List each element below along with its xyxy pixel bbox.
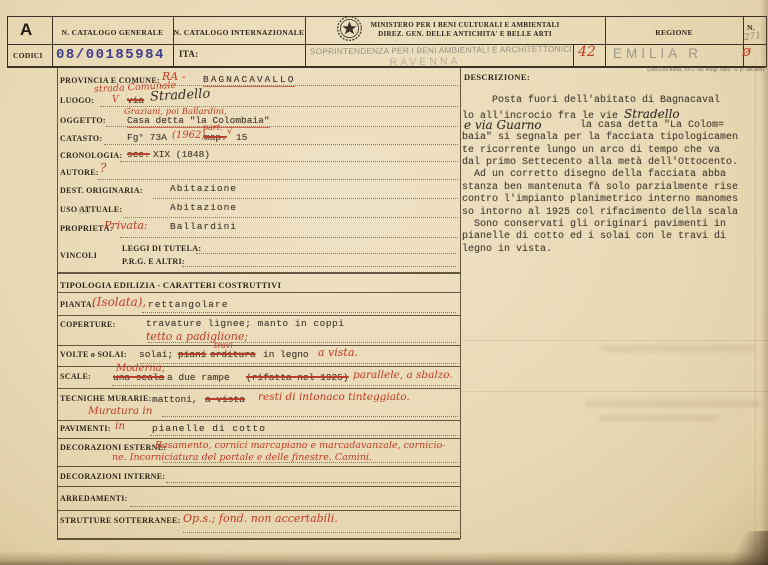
rule-table-bottom <box>57 538 460 540</box>
catasto-struck-map: map. <box>204 132 227 143</box>
luogo-red-caret: V <box>112 95 119 105</box>
luogo-struck-via: via <box>127 95 144 106</box>
n-label: N. <box>747 23 755 32</box>
volte-typed-solai: solai; <box>139 349 173 360</box>
desc-line: dal primo Settecento alla metà dell'Otto… <box>462 157 764 169</box>
column-divider <box>460 67 461 539</box>
crease-line-2 <box>462 391 768 392</box>
leader-pianta <box>142 311 456 313</box>
crease-line-1 <box>462 340 768 341</box>
paper-fold-line <box>755 60 756 550</box>
desc-line: Posta fuori dell'abitato di Bagnacaval <box>462 95 764 107</box>
header-top-rule <box>7 16 766 17</box>
pavimenti-typed-value: pianelle di cotto <box>152 423 266 434</box>
desc-line: contro l'impianto planimetrico interno m… <box>462 194 764 206</box>
tecniche-struck-vista: a vista <box>205 394 245 405</box>
ita-label: ITA: <box>179 49 199 59</box>
rule-arredamenti <box>57 510 460 511</box>
tecniche-red-muratura: Muratura in <box>88 405 153 417</box>
scale-struck-rifatta: (rifatta nel 1925) <box>246 372 349 383</box>
volte-struck-piani: piani <box>178 349 207 360</box>
rule-vincoli-bottom <box>57 272 460 274</box>
scale-struck-una-scala: una scala <box>113 372 164 383</box>
catasto-red-year: (1962) <box>172 130 205 141</box>
paper-edge-right <box>760 0 768 565</box>
catasto-red-check: √ <box>227 127 233 137</box>
proprieta-red-value: Privata: <box>104 219 148 232</box>
rule-dec-interne <box>57 486 460 487</box>
rule-tipologia <box>57 292 460 293</box>
dest-typed-value: Abitazione <box>170 183 237 194</box>
catasto-typed-15: 15 <box>236 132 247 143</box>
margin-pencil-note: 90 <box>78 205 92 217</box>
pavimenti-red-in: in <box>115 420 125 432</box>
catalogo-generale-label: N. CATALOGO GENERALE <box>52 28 173 37</box>
desc-line: legno in vista. <box>462 244 764 256</box>
field-cronologia-label: CRONOLOGIA: <box>60 151 122 160</box>
rule-scale <box>57 388 460 389</box>
desc-line: pianelle di cotto ed i solai con le trav… <box>462 231 764 243</box>
field-oggetto-label: OGGETTO: <box>60 116 106 125</box>
leader-pavimenti <box>150 434 458 436</box>
pianta-red-value: (Isolata), <box>92 295 146 309</box>
proprieta-typed-value: Ballardini <box>170 221 237 232</box>
paper-corner-shadow <box>698 531 768 565</box>
field-pavimenti-label: PAVIMENTI: <box>60 424 111 433</box>
pianta-typed-value: rettangolare <box>148 299 228 310</box>
leader-vincoli-1 <box>196 252 456 254</box>
leader-dec-interne <box>166 481 458 483</box>
header-vline-5 <box>605 16 606 67</box>
bleedthrough-smudge-2 <box>585 400 760 407</box>
scale-red-parallele: parallele, a sbalzo. <box>353 369 453 381</box>
header-vline-1 <box>52 16 53 67</box>
rule-coperture <box>57 345 460 346</box>
leader-tecniche <box>162 415 458 417</box>
cronologia-typed-value: XIX (1848) <box>153 149 210 160</box>
field-coperture-label: COPERTURE: <box>60 320 116 329</box>
leader-scale <box>112 384 458 386</box>
field-dest-label: DEST. ORIGINARIA: <box>60 186 143 195</box>
leader-proprieta <box>120 236 458 238</box>
leader-cronologia <box>120 160 458 162</box>
desc-line: so intorno al 1925 col rifacimento della… <box>462 207 764 219</box>
oggetto-typed-value: Casa detta "la Colombaia" <box>127 115 270 128</box>
regione-codice-handwritten: 42 <box>578 44 596 60</box>
field-vincoli-label: VINCOLI <box>60 251 97 260</box>
strutture-red-value: Op.s.; fond. non accertabili. <box>183 512 338 525</box>
leader-volte <box>140 362 458 364</box>
ministero-line1: MINISTERO PER I BENI CULTURALI E AMBIENT… <box>325 21 605 29</box>
codici-label: CODICI <box>13 51 43 60</box>
provincia-typed-value: BAGNACAVALLO <box>203 74 295 87</box>
volte-struck-orditura: orditura <box>210 349 256 360</box>
field-arredamenti-label: ARREDAMENTI: <box>60 494 128 503</box>
field-volte-label: VOLTE o SOLAI: <box>60 350 127 359</box>
desc-line: e via Guarnola casa detta "La Colom= <box>462 120 764 132</box>
print-imprint: (5605239) Roma, 1975 - Ist. Poligr. Stat… <box>550 68 764 73</box>
n-red-mark: ø <box>742 42 751 60</box>
autore-red-question: ? <box>100 161 106 175</box>
field-luogo-label: LUOGO: <box>60 96 94 105</box>
soprintendenza-stamp: SOPRINTENDENZA PER I BENI AMBIENTALI E A… <box>306 44 576 57</box>
cronologia-struck-sec: sec. <box>127 149 150 160</box>
dec-esterne-red-line2: ne. Incorniciatura del portale e delle f… <box>112 452 372 463</box>
field-scale-label: SCALE: <box>60 372 91 381</box>
header-vline-2 <box>173 16 174 67</box>
header-vline-left <box>7 16 8 67</box>
field-strutture-label: STRUTTURE SOTTERRANEE: <box>60 516 181 525</box>
catalog-form-scan: A N. CATALOGO GENERALE N. CATALOGO INTER… <box>0 0 768 565</box>
leader-autore <box>98 178 458 180</box>
field-vincoli-sub2-label: P.R.G. E ALTRI: <box>122 257 185 266</box>
ministero-line2: DIREZ. GEN. DELLE ANTICHITA' E BELLE ART… <box>325 30 605 38</box>
regione-label: REGIONE <box>605 28 743 37</box>
desc-line: Sono conservati gli originari pavimenti … <box>462 219 764 231</box>
scale-typed-rampe: a due rampe <box>167 372 230 383</box>
leader-arredamenti <box>130 505 458 507</box>
field-autore-label: AUTORE: <box>60 168 99 177</box>
leader-catasto <box>104 143 458 145</box>
rule-dec-esterne <box>57 466 460 467</box>
desc-line: baia" si segnala per la facciata tipolog… <box>462 132 764 144</box>
header-vline-3 <box>305 16 306 67</box>
desc-line: te ricorrente lungo un arco di tempo che… <box>462 145 764 157</box>
emilia-r-stamp: EMILIA R <box>613 46 702 61</box>
rule-pianta <box>57 315 460 316</box>
bleedthrough-smudge-3 <box>598 415 718 421</box>
field-dec-interne-label: DECORAZIONI INTERNE: <box>60 472 165 481</box>
desc-line: stanza ben mantenuta fà solo parzialment… <box>462 182 764 194</box>
leader-vincoli-2 <box>182 265 456 267</box>
paper-edge-bottom <box>0 551 768 565</box>
volte-typed-legno: in legno <box>263 349 309 360</box>
field-pianta-label: PIANTA: <box>60 300 95 309</box>
field-dec-esterne-label: DECORAZIONI ESTERNE: <box>60 443 166 452</box>
rule-pavimenti <box>57 438 460 439</box>
descrizione-text: Posta fuori dell'abitato di Bagnacaval l… <box>462 95 764 256</box>
ravenna-stamp: RAVENNA <box>380 55 470 69</box>
section-tipologia-header: TIPOLOGIA EDILIZIA - CARATTERI COSTRUTTI… <box>60 280 281 290</box>
leader-dest <box>153 197 458 199</box>
leader-uso <box>123 216 458 218</box>
form-letter-a: A <box>20 20 32 40</box>
volte-red-vista: a vista. <box>318 346 358 359</box>
catalogo-numero-stamp: 08/00185984 <box>56 47 165 63</box>
catasto-red-part: part. <box>203 123 222 132</box>
desc-handwritten-guarno: e via Guarno <box>464 118 542 132</box>
tecniche-typed-mattoni: mattoni, <box>152 394 198 405</box>
tecniche-red-resti: resti di intonaco tinteggiato. <box>258 391 410 403</box>
leader-strutture <box>183 531 458 533</box>
field-vincoli-sub1-label: LEGGI DI TUTELA: <box>122 244 201 253</box>
catasto-typed-fg: Fg° 73A <box>127 132 167 143</box>
bleedthrough-smudge-1 <box>600 345 755 352</box>
dec-esterne-red-line1: Basamento, cornici marcapiano e marcadav… <box>155 440 446 451</box>
luogo-written-value: Stradello <box>150 86 211 104</box>
field-catasto-label: CATASTO: <box>60 134 102 143</box>
table-left-border <box>57 67 58 539</box>
uso-typed-value: Abitazione <box>170 202 237 213</box>
desc-line: Ad un corretto disegno della facciata ab… <box>462 169 764 181</box>
catalogo-internazionale-label: N. CATALOGO INTERNAZIONALE <box>173 28 305 37</box>
descrizione-label: DESCRIZIONE: <box>464 72 530 82</box>
coperture-typed-value: travature lignee; manto in coppi <box>146 318 344 329</box>
field-tecniche-label: TECNICHE MURARIE: <box>60 394 152 403</box>
